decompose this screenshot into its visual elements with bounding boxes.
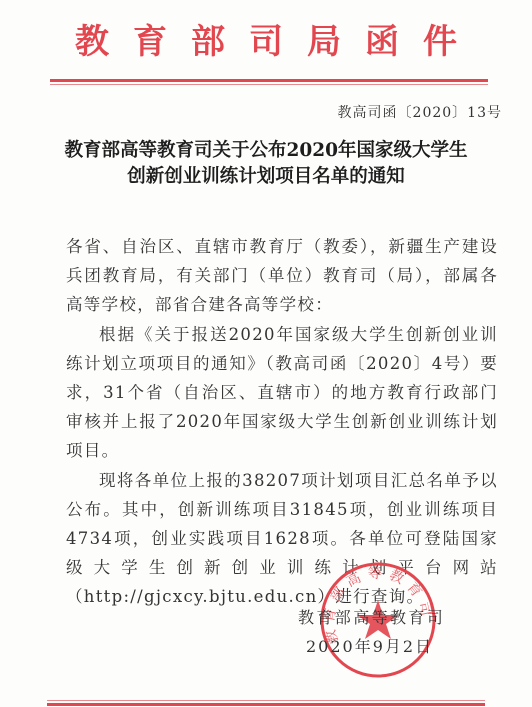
document-page: 教育部司局函件 教高司函〔2020〕13号 教育部高等教育司关于公布2020年国…: [0, 0, 532, 707]
letterhead-rule-thin: [50, 84, 488, 85]
letterhead-title: 教育部司局函件: [0, 22, 532, 62]
document-number: 教高司函〔2020〕13号: [338, 102, 502, 122]
document-body: 各省、自治区、直辖市教育厅（教委），新疆生产建设兵团教育局，有关部门（单位）教育…: [66, 232, 498, 612]
title-line-2: 创新创业训练计划项目名单的通知: [0, 164, 532, 190]
salutation: 各省、自治区、直辖市教育厅（教委），新疆生产建设兵团教育局，有关部门（单位）教育…: [66, 232, 498, 320]
title-line-1: 教育部高等教育司关于公布2020年国家级大学生: [0, 138, 532, 164]
footer-rule-thick: [47, 703, 485, 706]
letterhead-rule-thick: [50, 79, 488, 82]
signature-date: 2020年9月2日: [306, 634, 433, 657]
paragraph-1: 根据《关于报送2020年国家级大学生创新创业训练计划立项项目的通知》（教高司函〔…: [66, 320, 498, 466]
footer-rule-thin: [47, 700, 485, 701]
document-title: 教育部高等教育司关于公布2020年国家级大学生 创新创业训练计划项目名单的通知: [0, 138, 532, 190]
signature-organization: 教育部高等教育司: [298, 605, 445, 628]
